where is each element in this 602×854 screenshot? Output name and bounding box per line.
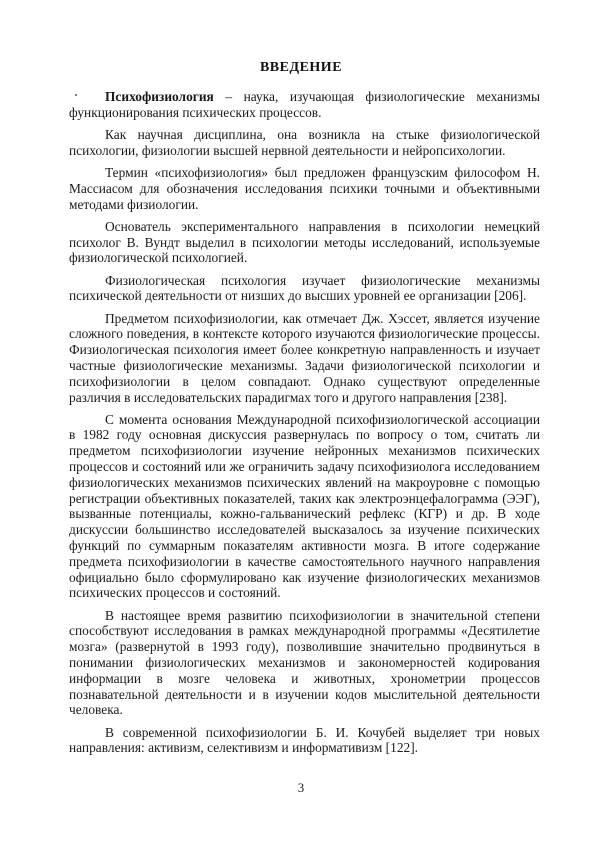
paragraph-text: Основатель экспериментального направлени…	[69, 219, 540, 266]
paragraph-text: Как научная дисциплина, она возникла на …	[69, 127, 540, 158]
page-number: 3	[0, 780, 602, 796]
paragraph-text: Предметом психофизиологии, как отмечает …	[69, 311, 540, 405]
paragraph-4: Основатель экспериментального направлени…	[69, 219, 540, 266]
paragraph-2: Как научная дисциплина, она возникла на …	[69, 127, 540, 159]
paragraph-3: Термин «психофизиология» был предложен ф…	[69, 165, 540, 212]
page-title: ВВЕДЕНИЕ	[0, 60, 602, 76]
paragraph-text: Физиологическая психология изучает физио…	[69, 273, 540, 304]
term-bold: Психофизиология	[105, 89, 214, 104]
paragraph-1: Психофизиология – наука, изучающая физио…	[69, 89, 540, 121]
paragraph-text: С момента основания Международной психоф…	[69, 412, 540, 601]
paragraph-5: Физиологическая психология изучает физио…	[69, 273, 540, 305]
paragraph-6: Предметом психофизиологии, как отмечает …	[69, 311, 540, 406]
body-text: Психофизиология – наука, изучающая физио…	[69, 89, 540, 763]
paragraph-9: В современной психофизиологии Б. И. Кочу…	[69, 725, 540, 757]
paragraph-text: Термин «психофизиология» был предложен ф…	[69, 165, 540, 212]
document-page: ВВЕДЕНИЕ Психофизиология – наука, изучаю…	[0, 0, 602, 854]
paragraph-7: С момента основания Международной психоф…	[69, 412, 540, 602]
paragraph-text: В современной психофизиологии Б. И. Кочу…	[69, 725, 540, 756]
paragraph-text: В настоящее время развитию психофизиолог…	[69, 608, 540, 718]
paragraph-8: В настоящее время развитию психофизиолог…	[69, 608, 540, 719]
